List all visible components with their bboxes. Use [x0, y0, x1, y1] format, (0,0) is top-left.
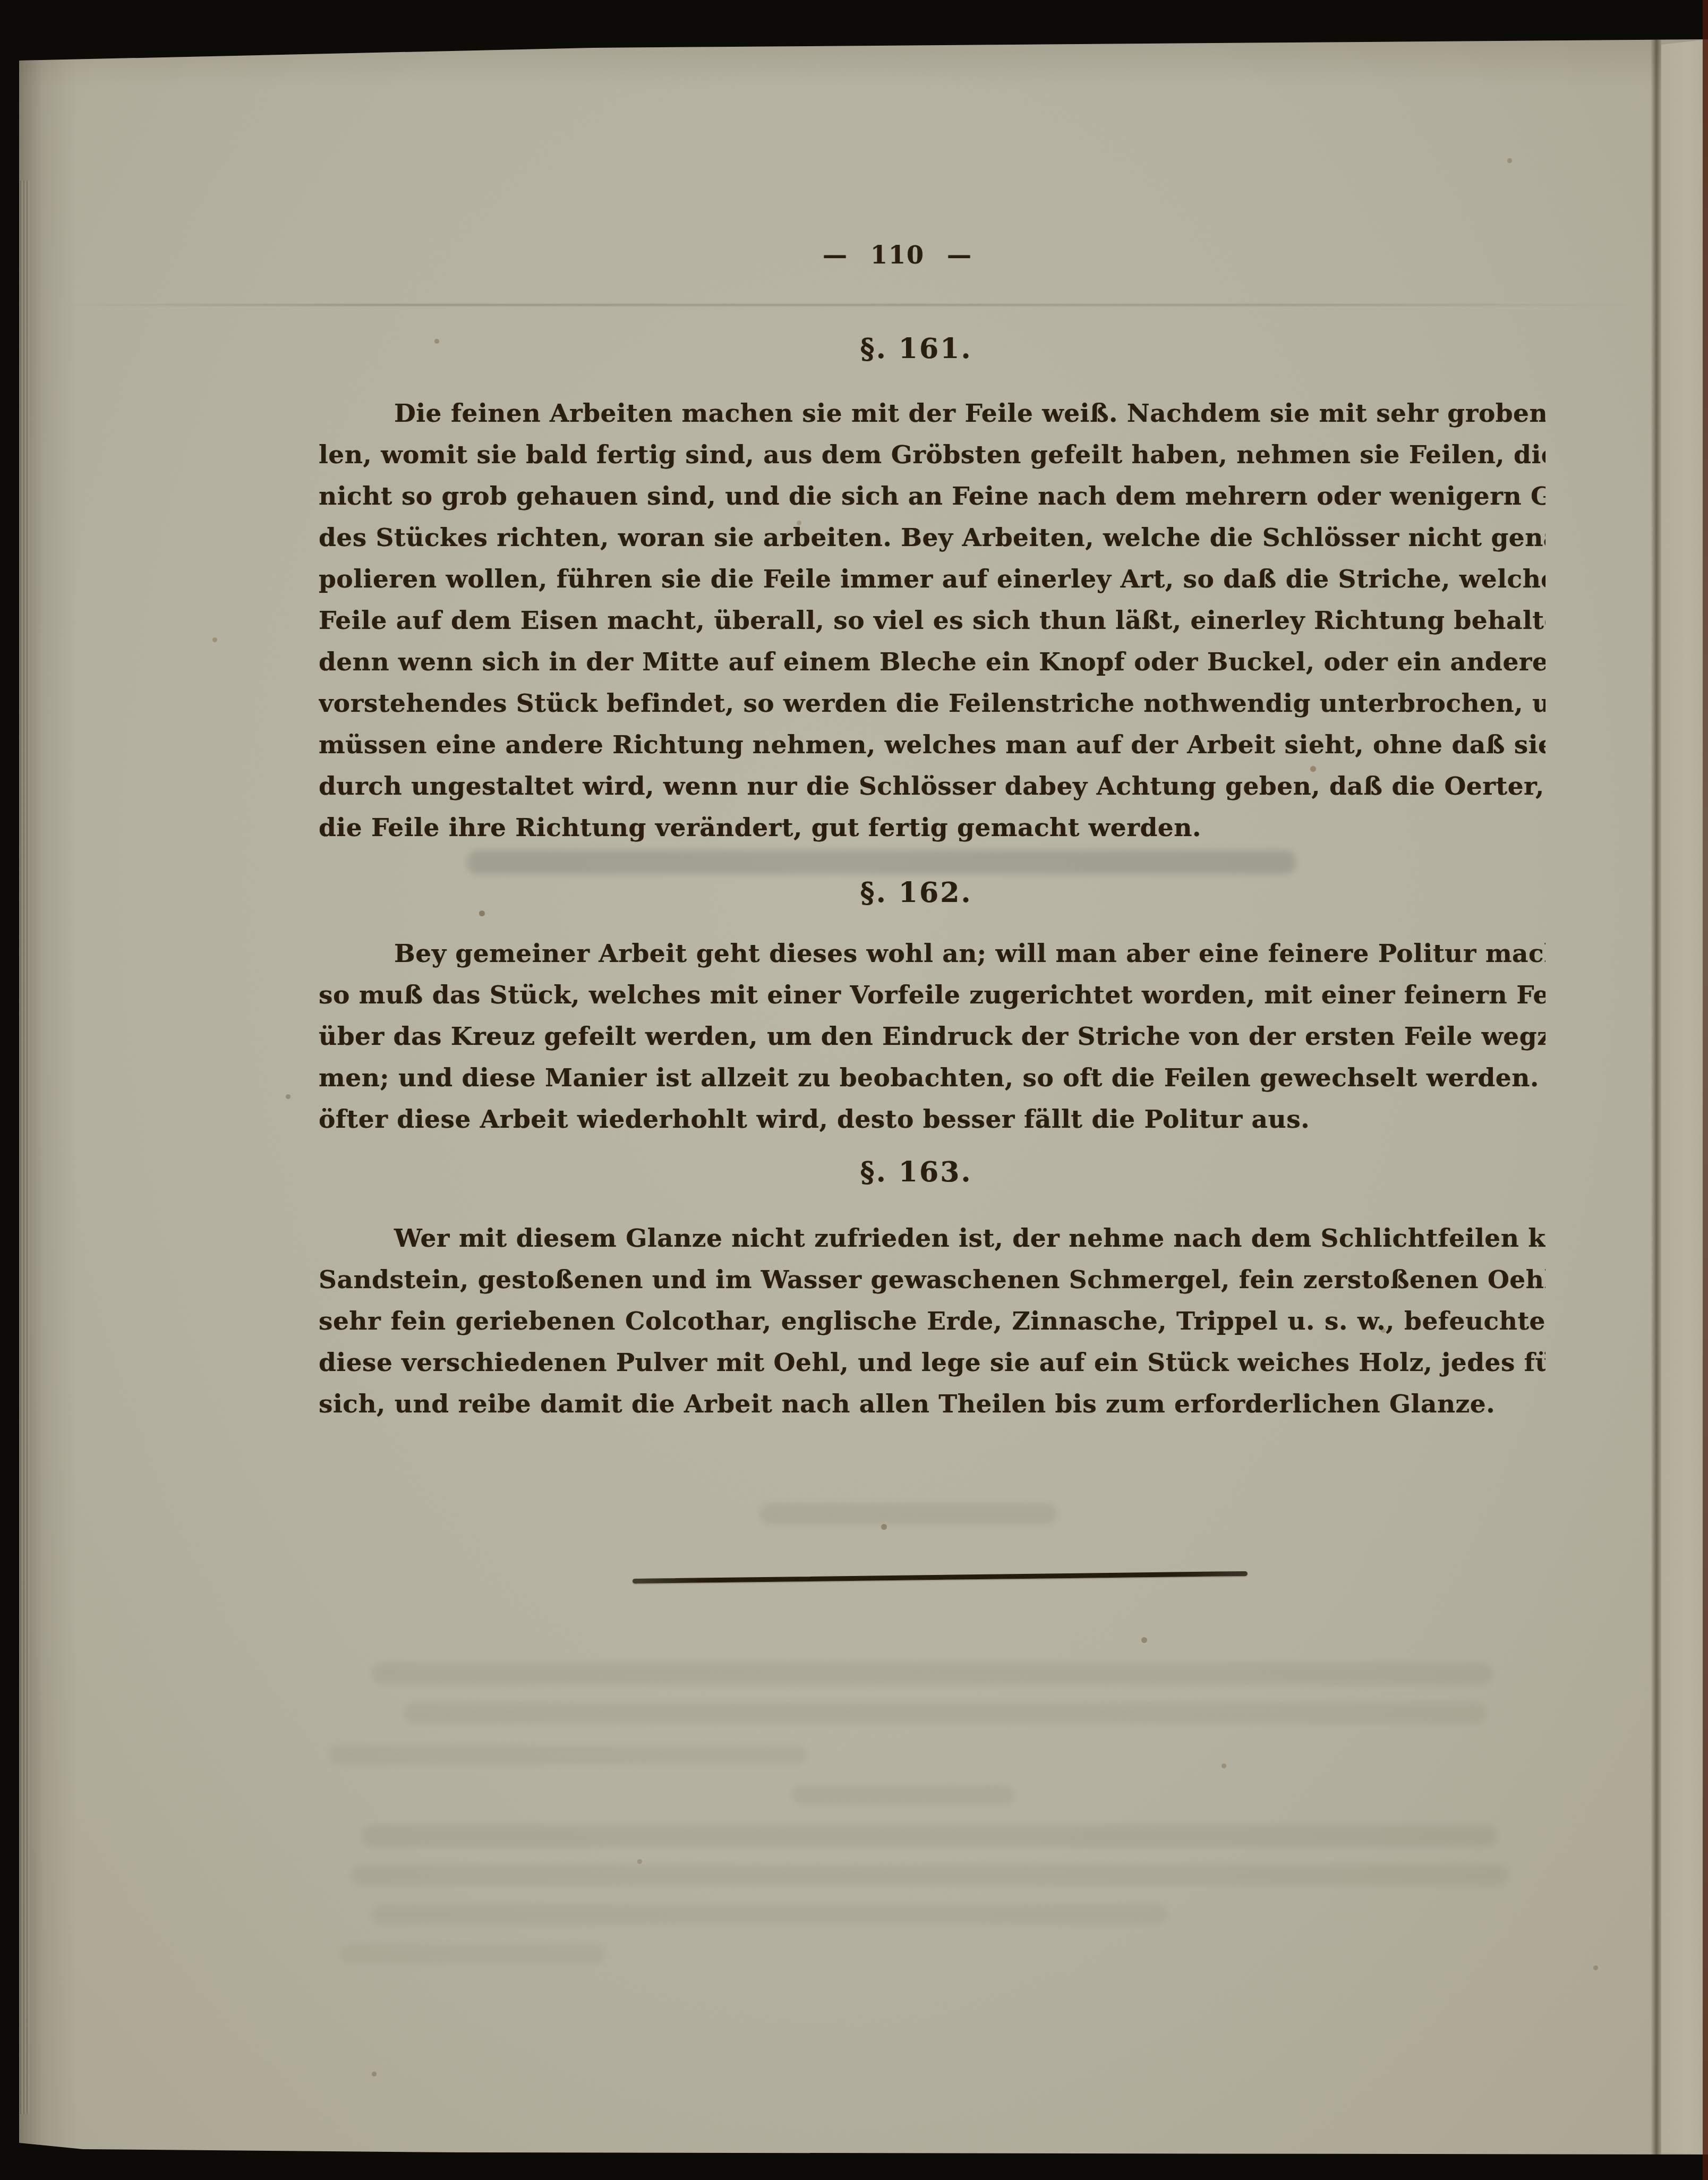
- text-line: Wer mit diesem Glanze nicht zufrieden is…: [319, 1218, 1545, 1259]
- scanned-book-page: —110— §. 161. Die feinen Arbeiten machen…: [0, 0, 1708, 2180]
- header-dash-left: —: [823, 241, 848, 269]
- text-column: —110— §. 161. Die feinen Arbeiten machen…: [319, 0, 1545, 2180]
- section-heading-161: §. 161.: [303, 333, 1530, 365]
- text-line: vorstehendes Stück befindet, so werden d…: [319, 683, 1545, 725]
- text-line: men; und diese Manier ist allzeit zu beo…: [319, 1058, 1545, 1099]
- next-page-edge: [1661, 39, 1708, 2155]
- text-line: Die feinen Arbeiten machen sie mit der F…: [319, 393, 1545, 435]
- text-line: müssen eine andere Richtung nehmen, welc…: [319, 725, 1545, 766]
- text-line: Sandstein, gestoßenen und im Wasser gewa…: [319, 1259, 1545, 1301]
- text-line: so muß das Stück, welches mit einer Vorf…: [319, 975, 1545, 1016]
- paragraph-163: Wer mit diesem Glanze nicht zufrieden is…: [319, 1218, 1545, 1425]
- text-line: Bey gemeiner Arbeit geht dieses wohl an;…: [319, 933, 1545, 975]
- section-heading-163: §. 163.: [303, 1156, 1530, 1189]
- text-line: len, womit sie bald fertig sind, aus dem…: [319, 435, 1545, 476]
- text-line: sich, und reibe damit die Arbeit nach al…: [319, 1384, 1545, 1425]
- text-line: öfter diese Arbeit wiederhohlt wird, des…: [319, 1099, 1545, 1140]
- text-line: des Stückes richten, woran sie arbeiten.…: [319, 517, 1545, 559]
- left-page-edges: [20, 181, 30, 2114]
- page-number: 110: [870, 241, 925, 269]
- text-line: diese verschiedenen Pulver mit Oehl, und…: [319, 1342, 1545, 1384]
- header-dash-right: —: [947, 241, 972, 269]
- running-head: —110—: [284, 239, 1511, 271]
- paragraph-161: Die feinen Arbeiten machen sie mit der F…: [319, 393, 1545, 849]
- text-line: über das Kreuz gefeilt werden, um den Ei…: [319, 1016, 1545, 1058]
- text-line: denn wenn sich in der Mitte auf einem Bl…: [319, 642, 1545, 683]
- text-line: Feile auf dem Eisen macht, überall, so v…: [319, 600, 1545, 642]
- text-line: durch ungestaltet wird, wenn nur die Sch…: [319, 766, 1545, 807]
- paper-specks: [0, 0, 3, 3]
- text-line: nicht so grob gehauen sind, und die sich…: [319, 476, 1545, 517]
- page-gutter-seam: [1651, 39, 1661, 2155]
- paragraph-162: Bey gemeiner Arbeit geht dieses wohl an;…: [319, 933, 1545, 1140]
- text-line: polieren wollen, führen sie die Feile im…: [319, 559, 1545, 600]
- binding-edge: [1703, 0, 1708, 2180]
- section-heading-162: §. 162.: [303, 876, 1530, 909]
- text-line: die Feile ihre Richtung verändert, gut f…: [319, 807, 1545, 849]
- text-line: sehr fein geriebenen Colcothar, englisch…: [319, 1301, 1545, 1342]
